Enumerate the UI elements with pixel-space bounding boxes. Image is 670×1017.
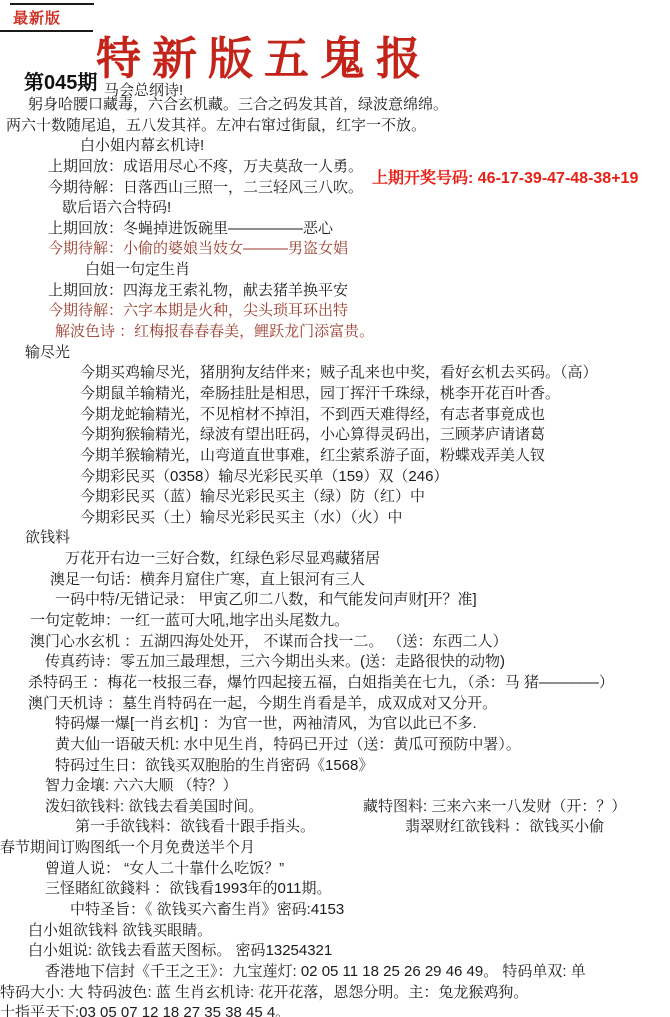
line-text: 今期羊猴输精光，山弯道直世事难，红尘萦系游子面，粉蝶戏弄美人钗: [80, 447, 545, 464]
line-text: 十指平天下:03 05 07 12 18 27 35 38 45 4。: [0, 1004, 290, 1017]
line-text: 智力金壤: 六六大顺 （特？）: [45, 777, 238, 794]
text-line: 今期买鸡输尽光，猪朋狗友结伴来；贼子乱来也中奖，看好玄机去买码。（高）: [0, 363, 670, 384]
line-text: 躬身哈腰口藏毒，六合玄机藏。三合之码发其首，绿波意绵绵。: [28, 96, 448, 113]
text-line: 今期羊猴输精光，山弯道直世事难，红尘萦系游子面，粉蝶戏弄美人钗: [0, 446, 670, 467]
line-text: 今期待解：六字本期是火种，尖头琐耳环出特: [48, 302, 348, 319]
line-text: 特码大小: 大 特码波色: 蓝 生肖玄机诗: 花开花落，恩怨分明。主：兔龙猴鸡狗…: [0, 984, 528, 1001]
text-line: 上期回放：冬蝇掉进饭碗里—————恶心: [0, 219, 670, 240]
text-line: 黄大仙一语破天机: 水中见生肖，特码已开过（送：黄瓜可预防中署）。: [0, 735, 670, 756]
text-line: 欲钱料: [0, 528, 670, 549]
text-line: 万花开右边一三好合数，红绿色彩尽显鸡藏猪居: [0, 549, 670, 570]
masthead-top-rule: [10, 3, 94, 5]
text-line: 输尽光: [0, 343, 670, 364]
text-line: 三怪賭紅欲錢料 ：欲钱看1993年的011期。: [0, 879, 670, 900]
text-line: 白小姐说: 欲钱去看蓝天图标。 密码13254321: [0, 941, 670, 962]
line-text: 输尽光: [25, 344, 70, 361]
text-line: 泼妇欲钱料: 欲钱去看美国时间。藏特图料: 三来六来一八发财（开：？）: [0, 797, 670, 818]
line-text: 香港地下信封《千王之王》：九宝莲灯: 02 05 11 18 25 26 29 …: [45, 963, 586, 980]
text-line: 曾道人说： “女人二十靠什么吃饭？”: [0, 859, 670, 880]
issue-number: 第045期: [24, 66, 97, 95]
line-text: 今期彩民买（蓝）输尽光彩民买主（绿）防（红）中: [80, 488, 425, 505]
line-text: 上期回放：成语用尽心不疼，万夫莫敌一人勇。: [48, 158, 363, 175]
text-line: 特码爆一爆[一肖玄机] ：为官一世，两袖清风，为官以此已不多.: [0, 714, 670, 735]
line-text: 澳门心水玄机 ：五湖四海处处开， 不谋而合找一二。 （送：东西二人）: [30, 633, 508, 650]
text-line: 今期彩民买（土）输尽光彩民买主（水）（火）中: [0, 508, 670, 529]
content-lines: 躬身哈腰口藏毒，六合玄机藏。三合之码发其首，绿波意绵绵。两六十数随尾追，五八发其…: [0, 95, 670, 1017]
text-line: 中特圣旨：《 欲钱买六畜生肖》密码:4153: [0, 900, 670, 921]
text-line: 解波色诗 ：红梅报春春春美，鲤跃龙门添富贵。: [0, 322, 670, 343]
line-text: 今期龙蛇输精光，不见棺材不掉泪，不到西天难得经，有志者事竟成也: [80, 406, 545, 423]
line-text: 解波色诗 ：红梅报春春春美，鲤跃龙门添富贵。: [55, 323, 374, 340]
text-line: 白小姐欲钱料 欲钱买眼睛。: [0, 921, 670, 942]
line-text: 今期彩民买（0358）输尽光彩民买单（159）双（246）: [80, 468, 448, 485]
line-text: 第一手欲钱料：欲钱看十跟手指头。: [75, 818, 315, 835]
line-text: 中特圣旨：《 欲钱买六畜生肖》密码:4153: [70, 901, 344, 918]
text-line: 春节期间订购图纸一个月免费送半个月: [0, 838, 670, 859]
text-line: 歇后语六合特码!: [0, 198, 670, 219]
line-text: 三怪賭紅欲錢料 ：欲钱看1993年的011期。: [45, 880, 331, 897]
line-text: 上期回放：冬蝇掉进饭碗里—————恶心: [48, 220, 333, 237]
text-line: 一码中特/无错记录： 甲寅乙卯二八数，和气能发问声财[开？准]: [0, 590, 670, 611]
line-text: 杀特码王 ：梅花一枝报三春，爆竹四起接五福，白姐指美在七九，（杀：马 猪————…: [28, 674, 614, 691]
line-text: 今期彩民买（土）输尽光彩民买主（水）（火）中: [80, 509, 403, 526]
text-line: 白姐一句定生肖: [0, 260, 670, 281]
text-line: 今期龙蛇输精光，不见棺材不掉泪，不到西天难得经，有志者事竟成也: [0, 405, 670, 426]
text-line: 澳门天机诗 ：墓生肖特码在一起，今期生肖看是羊，成双成对又分开。: [0, 694, 670, 715]
line-text: 传真药诗：零五加三最理想，三六今期出头来。(送：走路很快的动物): [45, 653, 505, 670]
line-text: 白小姐内幕玄机诗!: [80, 137, 204, 154]
text-line: 上期回放：四海龙王索礼物，献去猪羊换平安: [0, 281, 670, 302]
text-line: 特码过生日：欲钱买双胞胎的生肖密码《1568》: [0, 756, 670, 777]
line-text: 一句定乾坤：一红一蓝可大吼,地字出头尾数九。: [30, 612, 349, 629]
line-text: 特码爆一爆[一肖玄机] ：为官一世，两袖清风，为官以此已不多.: [55, 715, 477, 732]
text-line: 今期彩民买（0358）输尽光彩民买单（159）双（246）: [0, 467, 670, 488]
masthead-bottom-rule: [0, 30, 93, 32]
line-text: 特码过生日：欲钱买双胞胎的生肖密码《1568》: [55, 757, 373, 774]
line-text: 泼妇欲钱料: 欲钱去看美国时间。: [45, 798, 263, 815]
line-text: 两六十数随尾追，五八发其祥。左冲右窜过街鼠，红字一不放。: [6, 117, 426, 134]
text-line: 两六十数随尾追，五八发其祥。左冲右窜过街鼠，红字一不放。: [0, 116, 670, 137]
page-title: 特新版五鬼报: [96, 22, 432, 87]
edition-label: 最新版: [13, 7, 61, 28]
line-text-right-column: 翡翠财红欲钱料 ：欲钱买小偷: [405, 817, 604, 838]
text-line: 今期彩民买（蓝）输尽光彩民买主（绿）防（红）中: [0, 487, 670, 508]
text-line: 今期狗猴输精光，绿波有望出旺码，小心算得灵码出，三顾茅庐请诸葛: [0, 425, 670, 446]
text-line: 十指平天下:03 05 07 12 18 27 35 38 45 4。: [0, 1003, 670, 1017]
line-text: 曾道人说： “女人二十靠什么吃饭？”: [45, 860, 284, 877]
line-text: 欲钱料: [25, 529, 70, 546]
text-line: 一句定乾坤：一红一蓝可大吼,地字出头尾数九。: [0, 611, 670, 632]
line-text: 澳门天机诗 ：墓生肖特码在一起，今期生肖看是羊，成双成对又分开。: [28, 695, 497, 712]
line-text: 今期待解：小偷的婆娘当妓女———男盗女娼: [48, 240, 348, 257]
text-line: 澳足一句话：横奔月窟住广寒，直上银河有三人: [0, 570, 670, 591]
text-line: 今期待解：六字本期是火种，尖头琐耳环出特: [0, 301, 670, 322]
line-text: 上期回放：四海龙王索礼物，献去猪羊换平安: [48, 282, 348, 299]
text-line: 特码大小: 大 特码波色: 蓝 生肖玄机诗: 花开花落，恩怨分明。主：兔龙猴鸡狗…: [0, 983, 670, 1004]
text-line: 传真药诗：零五加三最理想，三六今期出头来。(送：走路很快的动物): [0, 652, 670, 673]
line-text: 万花开右边一三好合数，红绿色彩尽显鸡藏猪居: [65, 550, 380, 567]
line-text: 一码中特/无错记录： 甲寅乙卯二八数，和气能发问声财[开？准]: [55, 591, 477, 608]
five-ghost-report-page: 最新版 特新版五鬼报 第045期 马会总纲诗! 上期开奖号码: 46-17-39…: [0, 0, 670, 1017]
line-text: 白小姐欲钱料 欲钱买眼睛。: [28, 922, 212, 939]
line-text: 今期待解：日落西山三照一，二三轻风三八吹。: [48, 179, 363, 196]
text-line: 今期待解：小偷的婆娘当妓女———男盗女娼: [0, 239, 670, 260]
line-text-right-column: 藏特图料: 三来六来一八发财（开：？）: [363, 797, 626, 818]
line-text: 今期鼠羊输精光，牵肠挂肚是相思，园丁挥汗千珠绿，桃李开花百叶香。: [80, 385, 560, 402]
line-text: 澳足一句话：横奔月窟住广寒，直上银河有三人: [50, 571, 365, 588]
line-text: 歇后语六合特码!: [62, 199, 171, 216]
line-text: 春节期间订购图纸一个月免费送半个月: [0, 839, 255, 856]
text-line: 香港地下信封《千王之王》：九宝莲灯: 02 05 11 18 25 26 29 …: [0, 962, 670, 983]
line-text: 今期买鸡输尽光，猪朋狗友结伴来；贼子乱来也中奖，看好玄机去买码。（高）: [80, 364, 598, 381]
line-text: 白姐一句定生肖: [85, 261, 190, 278]
line-text: 黄大仙一语破天机: 水中见生肖，特码已开过（送：黄瓜可预防中署）。: [55, 736, 521, 753]
text-line: 今期鼠羊输精光，牵肠挂肚是相思，园丁挥汗千珠绿，桃李开花百叶香。: [0, 384, 670, 405]
text-line: 智力金壤: 六六大顺 （特？）: [0, 776, 670, 797]
line-text: 今期狗猴输精光，绿波有望出旺码，小心算得灵码出，三顾茅庐请诸葛: [80, 426, 545, 443]
line-text: 白小姐说: 欲钱去看蓝天图标。 密码13254321: [28, 942, 332, 959]
text-line: 上期回放：成语用尽心不疼，万夫莫敌一人勇。: [0, 157, 670, 178]
text-line: 澳门心水玄机 ：五湖四海处处开， 不谋而合找一二。 （送：东西二人）: [0, 632, 670, 653]
text-line: 躬身哈腰口藏毒，六合玄机藏。三合之码发其首，绿波意绵绵。: [0, 95, 670, 116]
text-line: 今期待解：日落西山三照一，二三轻风三八吹。: [0, 178, 670, 199]
text-line: 杀特码王 ：梅花一枝报三春，爆竹四起接五福，白姐指美在七九，（杀：马 猪————…: [0, 673, 670, 694]
text-line: 第一手欲钱料：欲钱看十跟手指头。翡翠财红欲钱料 ：欲钱买小偷: [0, 817, 670, 838]
text-line: 白小姐内幕玄机诗!: [0, 136, 670, 157]
